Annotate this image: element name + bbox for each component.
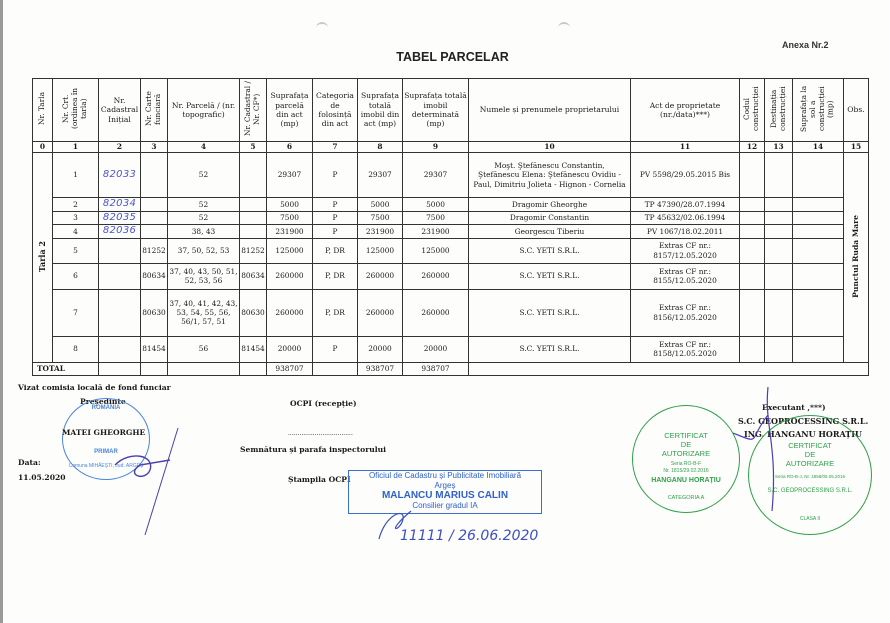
cell-carte-funciara: [141, 225, 168, 239]
cell-supr-totala-act: 7500: [358, 211, 403, 225]
cell-carte-funciara: 81252: [141, 238, 168, 263]
annex-label: Anexa Nr.2: [782, 40, 829, 50]
col-header-cod-constructie: Codul construcției: [740, 79, 765, 142]
cell-construction: [765, 238, 793, 263]
cell-supr-determinata: 29307: [403, 153, 469, 198]
page-left-edge: [0, 0, 3, 623]
cell-construction: [740, 211, 765, 225]
table-row: 58125237, 50, 52, 5381252125000P, DR1250…: [33, 238, 869, 263]
ocpi-stamp-label: Ștampila OCPI: [288, 475, 351, 484]
cell-supr-totala-act: 260000: [358, 289, 403, 336]
col-header-supr-sol: Suprafața la sol a construcției (mp): [793, 79, 844, 142]
cell-supr-totala-act: 125000: [358, 238, 403, 263]
cell-parcela: 37, 40, 43, 50, 51, 52, 53, 56: [168, 263, 240, 289]
cell-proprietar: Georgescu Tiberiu: [469, 225, 631, 239]
column-number: 5: [240, 142, 267, 153]
cell-proprietar: Dragomir Constantin: [469, 211, 631, 225]
cell-supr-act: 125000: [267, 238, 313, 263]
cell-proprietar: Moşt. Ştefănescu Constantin, Ştefănescu …: [469, 153, 631, 198]
cell-nr-crt: 6: [53, 263, 99, 289]
cell-carte-funciara: [141, 153, 168, 198]
cell-categoria: P, DR: [313, 238, 358, 263]
total-supr-determinata: 938707: [403, 362, 469, 375]
cell-cad-cf: [240, 225, 267, 239]
cell-construction: [793, 336, 844, 362]
cell-act: Extras CF nr.: 8156/12.05.2020: [631, 289, 740, 336]
certificate-stamp-hanganu: CERTIFICAT DE AUTORIZARE Seria RO-B-F Nr…: [632, 405, 740, 513]
cell-carte-funciara: [141, 198, 168, 212]
cell-construction: [793, 198, 844, 212]
col-header-cad-initial: Nr. Cadastral Inițial: [99, 79, 141, 142]
cell-carte-funciara: 80634: [141, 263, 168, 289]
total-label: TOTAL: [33, 362, 99, 375]
table-row: 78063037, 40, 41, 42, 43, 53, 54, 55, 56…: [33, 289, 869, 336]
header-row: Nr. Tarla Nr. Crt. (ordinea în tarla) Nr…: [33, 79, 869, 142]
ocpi-handwritten-date: 11111 / 26.06.2020: [400, 528, 538, 544]
cell-supr-totala-act: 20000: [358, 336, 403, 362]
cell-construction: [765, 198, 793, 212]
table-row: 382035527500P75007500Dragomir Constantin…: [33, 211, 869, 225]
total-row: TOTAL 938707 938707 938707: [33, 362, 869, 375]
column-number: 4: [168, 142, 240, 153]
cell-carte-funciara: 81454: [141, 336, 168, 362]
col-header-supr-act: Suprafața parcelă din act (mp): [267, 79, 313, 142]
cell-parcela: 38, 43: [168, 225, 240, 239]
cell-supr-totala-act: 29307: [358, 153, 403, 198]
cell-nr-crt: 3: [53, 211, 99, 225]
column-number: 10: [469, 142, 631, 153]
cell-construction: [765, 225, 793, 239]
column-number: 11: [631, 142, 740, 153]
col-header-supr-determinata: Suprafața totală imobil determinată (mp): [403, 79, 469, 142]
cell-categoria: P, DR: [313, 289, 358, 336]
cell-supr-act: 5000: [267, 198, 313, 212]
cell-act: Extras CF nr.: 8157/12.05.2020: [631, 238, 740, 263]
cell-act: Extras CF nr.: 8158/12.05.2020: [631, 336, 740, 362]
obs-cell: Punctul Ruda Mare: [844, 153, 869, 363]
cell-construction: [740, 153, 765, 198]
cell-supr-determinata: 5000: [403, 198, 469, 212]
cell-proprietar: S.C. YETI S.R.L.: [469, 263, 631, 289]
cell-supr-determinata: 260000: [403, 263, 469, 289]
signature-line: ..................................: [288, 430, 353, 437]
cell-nr-crt: 4: [53, 225, 99, 239]
cell-cad-cf: [240, 198, 267, 212]
col-header-cad-cf: Nr. Cadastral / Nr. CF*): [240, 79, 267, 142]
col-header-destinatie: Destinația construcției: [765, 79, 793, 142]
cell-supr-act: 7500: [267, 211, 313, 225]
parcel-table: Nr. Tarla Nr. Crt. (ordinea în tarla) Nr…: [32, 78, 869, 376]
col-header-carte-funciara: Nr. Carte funciară: [141, 79, 168, 142]
cell-construction: [793, 225, 844, 239]
cell-construction: [740, 225, 765, 239]
cell-parcela: 52: [168, 211, 240, 225]
table-row: 68063437, 40, 43, 50, 51, 52, 53, 568063…: [33, 263, 869, 289]
cell-cad-cf: 80634: [240, 263, 267, 289]
cell-supr-totala-act: 231900: [358, 225, 403, 239]
table-row: 282034525000P50005000Dragomir GheorgheTP…: [33, 198, 869, 212]
cell-cad-cf: 81252: [240, 238, 267, 263]
cell-supr-totala-act: 260000: [358, 263, 403, 289]
cell-categoria: P: [313, 336, 358, 362]
cell-supr-totala-act: 5000: [358, 198, 403, 212]
cell-construction: [740, 263, 765, 289]
cell-cad-initial: 82035: [99, 211, 141, 225]
cell-carte-funciara: 80630: [141, 289, 168, 336]
cell-act: PV 5598/29.05.2015 Bis: [631, 153, 740, 198]
document-title: TABEL PARCELAR: [0, 50, 890, 64]
cell-supr-determinata: 260000: [403, 289, 469, 336]
cell-supr-act: 260000: [267, 289, 313, 336]
table-row: 48203638, 43231900P231900231900Georgescu…: [33, 225, 869, 239]
cell-construction: [765, 263, 793, 289]
cell-cad-initial: [99, 263, 141, 289]
col-header-act: Act de proprietate (nr./data)***): [631, 79, 740, 142]
cell-proprietar: Dragomir Gheorghe: [469, 198, 631, 212]
cell-cad-initial: 82036: [99, 225, 141, 239]
cell-proprietar: S.C. YETI S.R.L.: [469, 238, 631, 263]
cell-construction: [793, 289, 844, 336]
column-number-row: 0123456789101112131415: [33, 142, 869, 153]
cell-cad-cf: [240, 153, 267, 198]
cell-categoria: P: [313, 198, 358, 212]
column-number: 12: [740, 142, 765, 153]
cell-nr-crt: 5: [53, 238, 99, 263]
ocpi-title: OCPI (recepție): [290, 399, 357, 408]
cell-supr-act: 260000: [267, 263, 313, 289]
commission-signature: [110, 420, 190, 540]
cell-construction: [740, 198, 765, 212]
col-header-supr-totala-act: Suprafața totală imobil din act (mp): [358, 79, 403, 142]
cell-cad-initial: [99, 336, 141, 362]
cell-cad-cf: [240, 211, 267, 225]
cell-construction: [765, 153, 793, 198]
cell-categoria: P: [313, 225, 358, 239]
cell-cad-cf: 80630: [240, 289, 267, 336]
cell-construction: [793, 263, 844, 289]
cell-parcela: 52: [168, 198, 240, 212]
cell-act: TP 47390/28.07.1994: [631, 198, 740, 212]
cell-nr-crt: 8: [53, 336, 99, 362]
cell-carte-funciara: [141, 211, 168, 225]
cell-supr-determinata: 7500: [403, 211, 469, 225]
ocpi-signature: [375, 505, 415, 545]
column-number: 2: [99, 142, 141, 153]
cell-supr-determinata: 231900: [403, 225, 469, 239]
col-header-parcela: Nr. Parcelă / (nr. topografic): [168, 79, 240, 142]
column-number: 6: [267, 142, 313, 153]
column-number: 9: [403, 142, 469, 153]
column-number: 14: [793, 142, 844, 153]
column-number: 8: [358, 142, 403, 153]
table-row: 881454568145420000P2000020000S.C. YETI S…: [33, 336, 869, 362]
cell-cad-initial: [99, 238, 141, 263]
column-number: 0: [33, 142, 53, 153]
executant-signature: [728, 385, 788, 515]
punch-hole-mark: [316, 22, 328, 30]
commission-title: Vizat comisia locală de fond funciar: [18, 383, 171, 392]
cell-construction: [793, 211, 844, 225]
inspector-signature-label: Semnătura și parafa inspectorului: [240, 445, 386, 454]
col-header-nr-crt: Nr. Crt. (ordinea în tarla): [53, 79, 99, 142]
tarla-cell: Tarla 2: [33, 153, 53, 363]
cell-construction: [740, 289, 765, 336]
cell-proprietar: S.C. YETI S.R.L.: [469, 336, 631, 362]
cell-construction: [765, 336, 793, 362]
cell-construction: [740, 238, 765, 263]
cell-construction: [765, 211, 793, 225]
cell-cad-initial: 82034: [99, 198, 141, 212]
cell-supr-determinata: 125000: [403, 238, 469, 263]
col-header-obs: Obs.: [844, 79, 869, 142]
cell-parcela: 37, 50, 52, 53: [168, 238, 240, 263]
cell-supr-act: 20000: [267, 336, 313, 362]
cell-parcela: 37, 40, 41, 42, 43, 53, 54, 55, 56, 56/1…: [168, 289, 240, 336]
cell-supr-act: 231900: [267, 225, 313, 239]
col-header-tarla: Nr. Tarla: [33, 79, 53, 142]
cell-act: Extras CF nr.: 8155/12.05.2020: [631, 263, 740, 289]
cell-parcela: 52: [168, 153, 240, 198]
cell-proprietar: S.C. YETI S.R.L.: [469, 289, 631, 336]
date-label: Data:: [18, 458, 41, 467]
total-supr-act: 938707: [267, 362, 313, 375]
cell-categoria: P: [313, 153, 358, 198]
cell-act: TP 45632/02.06.1994: [631, 211, 740, 225]
col-header-categoria: Categoria de folosință din act: [313, 79, 358, 142]
column-number: 13: [765, 142, 793, 153]
cell-nr-crt: 7: [53, 289, 99, 336]
column-number: 7: [313, 142, 358, 153]
column-number: 15: [844, 142, 869, 153]
cell-act: PV 1067/18.02.2011: [631, 225, 740, 239]
cell-nr-crt: 1: [53, 153, 99, 198]
cell-supr-act: 29307: [267, 153, 313, 198]
commission-date: 11.05.2020: [18, 473, 66, 482]
column-number: 3: [141, 142, 168, 153]
cell-categoria: P, DR: [313, 263, 358, 289]
cell-nr-crt: 2: [53, 198, 99, 212]
cell-cad-cf: 81454: [240, 336, 267, 362]
cell-construction: [793, 238, 844, 263]
cell-cad-initial: 82033: [99, 153, 141, 198]
cell-construction: [740, 336, 765, 362]
punch-hole-mark: [558, 22, 570, 30]
cell-supr-determinata: 20000: [403, 336, 469, 362]
table-row: Tarla 21820335229307P2930729307Moşt. Şte…: [33, 153, 869, 198]
total-supr-totala-act: 938707: [358, 362, 403, 375]
cell-cad-initial: [99, 289, 141, 336]
col-header-proprietar: Numele și prenumele proprietarului: [469, 79, 631, 142]
cell-construction: [793, 153, 844, 198]
column-number: 1: [53, 142, 99, 153]
cell-construction: [765, 289, 793, 336]
cell-parcela: 56: [168, 336, 240, 362]
cell-categoria: P: [313, 211, 358, 225]
